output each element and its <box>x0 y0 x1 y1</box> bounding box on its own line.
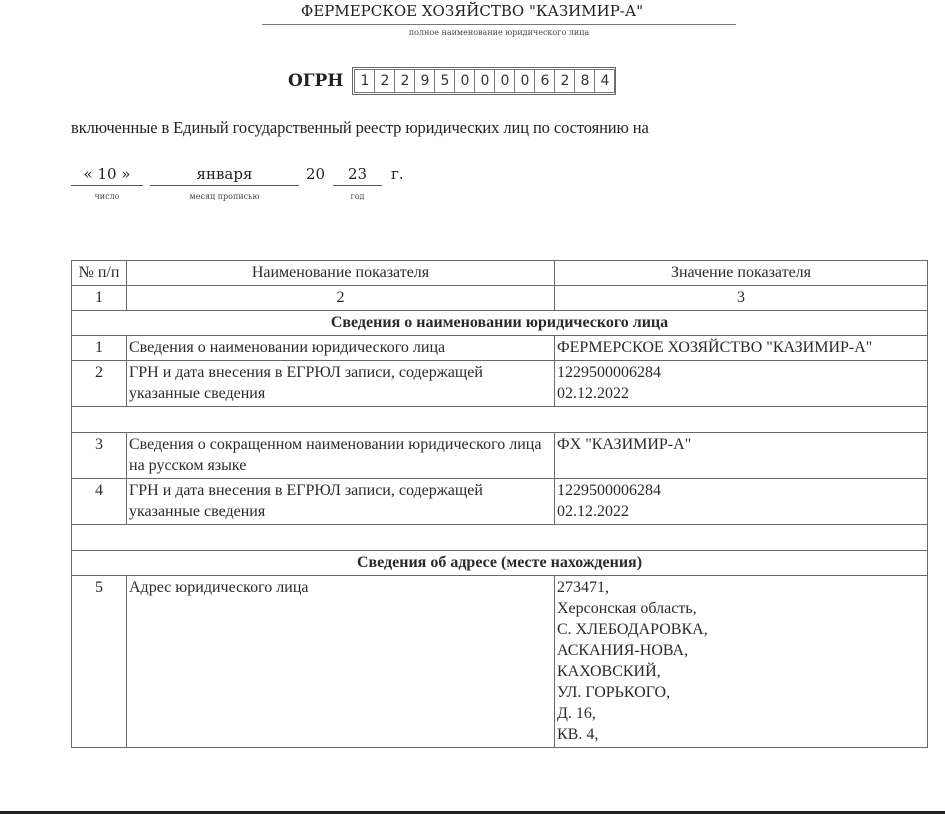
column-number-row: 1 2 3 <box>72 286 928 311</box>
ogrn-digit-box: 1 <box>354 69 375 93</box>
column-number: 3 <box>555 286 928 311</box>
table-row: 4ГРН и дата внесения в ЕГРЮЛ записи, сод… <box>72 479 928 525</box>
value-line: 1229500006284 <box>557 480 925 501</box>
header-num: № п/п <box>72 261 127 286</box>
value-line: 02.12.2022 <box>557 383 925 404</box>
ogrn-digit-box: 6 <box>534 69 555 93</box>
section-header-row: Сведения об адресе (месте нахождения) <box>72 551 928 576</box>
row-number: 2 <box>72 361 127 407</box>
ogrn-digit-box: 0 <box>514 69 535 93</box>
indicator-name: Сведения о наименовании юридического лиц… <box>127 336 555 361</box>
indicator-value: 273471,Херсонская область,С. ХЛЕБОДАРОВК… <box>555 576 928 748</box>
value-line: Херсонская область, <box>557 598 925 619</box>
ogrn-digit-box: 2 <box>374 69 395 93</box>
value-line: КВ. 4, <box>557 724 925 745</box>
value-line: АСКАНИЯ-НОВА, <box>557 640 925 661</box>
value-line: С. ХЛЕБОДАРОВКА, <box>557 619 925 640</box>
org-name-caption: полное наименование юридического лица <box>260 27 738 39</box>
ogrn-block: ОГРН 1229500006284 <box>288 67 616 95</box>
ogrn-digit-box: 0 <box>494 69 515 93</box>
indicator-name: ГРН и дата внесения в ЕГРЮЛ записи, соде… <box>127 361 555 407</box>
column-number: 1 <box>72 286 127 311</box>
table-row: 1Сведения о наименовании юридического ли… <box>72 336 928 361</box>
value-line: 1229500006284 <box>557 362 925 383</box>
table-row: 5Адрес юридического лица273471,Херсонска… <box>72 576 928 748</box>
value-line: ФЕРМЕРСКОЕ ХОЗЯЙСТВО "КАЗИМИР-А" <box>557 337 925 358</box>
ogrn-digit-box: 2 <box>554 69 575 93</box>
row-number: 3 <box>72 433 127 479</box>
org-full-name: ФЕРМЕРСКОЕ ХОЗЯЙСТВО "КАЗИМИР-А" <box>0 1 945 21</box>
value-line: УЛ. ГОРЬКОГО, <box>557 682 925 703</box>
value-line: Д. 16, <box>557 703 925 724</box>
value-line: ФХ "КАЗИМИР-А" <box>557 434 925 455</box>
extract-table: № п/п Наименование показателя Значение п… <box>71 260 928 748</box>
table-spacer-row <box>72 407 928 433</box>
date-year-field: 23 год <box>333 164 382 202</box>
ogrn-digit-box: 4 <box>594 69 615 93</box>
table-spacer-row <box>72 525 928 551</box>
ogrn-digit-box: 8 <box>574 69 595 93</box>
org-name-underline <box>262 24 736 25</box>
ogrn-digit-boxes: 1229500006284 <box>352 67 616 95</box>
date-year: 23 <box>333 164 382 186</box>
indicator-value: ФЕРМЕРСКОЕ ХОЗЯЙСТВО "КАЗИМИР-А" <box>555 336 928 361</box>
date-year-caption: год <box>333 191 382 202</box>
section-header-row: Сведения о наименовании юридического лиц… <box>72 311 928 336</box>
value-line: 02.12.2022 <box>557 501 925 522</box>
spacer-cell <box>72 525 928 551</box>
ogrn-digit-box: 0 <box>474 69 495 93</box>
date-day-caption: число <box>71 191 143 202</box>
indicator-value: 122950000628402.12.2022 <box>555 361 928 407</box>
ogrn-label: ОГРН <box>288 67 343 95</box>
table-header-row: № п/п Наименование показателя Значение п… <box>72 261 928 286</box>
ogrn-digit-box: 9 <box>414 69 435 93</box>
ogrn-digit-box: 0 <box>454 69 475 93</box>
date-century: 20 <box>306 164 325 184</box>
date-day: « 10 » <box>71 164 143 186</box>
intro-text: включенные в Единый государственный реес… <box>71 118 649 138</box>
section-title: Сведения о наименовании юридического лиц… <box>72 311 928 336</box>
section-title: Сведения об адресе (месте нахождения) <box>72 551 928 576</box>
indicator-value: ФХ "КАЗИМИР-А" <box>555 433 928 479</box>
row-number: 1 <box>72 336 127 361</box>
date-month: января <box>150 164 299 186</box>
table-row: 2ГРН и дата внесения в ЕГРЮЛ записи, сод… <box>72 361 928 407</box>
indicator-name: Сведения о сокращенном наименовании юрид… <box>127 433 555 479</box>
row-number: 4 <box>72 479 127 525</box>
spacer-cell <box>72 407 928 433</box>
indicator-name: ГРН и дата внесения в ЕГРЮЛ записи, соде… <box>127 479 555 525</box>
egrul-extract-page: ФЕРМЕРСКОЕ ХОЗЯЙСТВО "КАЗИМИР-А" полное … <box>0 0 945 814</box>
date-month-caption: месяц прописью <box>150 191 299 202</box>
indicator-name: Адрес юридического лица <box>127 576 555 748</box>
row-number: 5 <box>72 576 127 748</box>
column-number: 2 <box>127 286 555 311</box>
indicator-value: 122950000628402.12.2022 <box>555 479 928 525</box>
date-month-field: января месяц прописью <box>150 164 299 202</box>
value-line: 273471, <box>557 577 925 598</box>
value-line: КАХОВСКИЙ, <box>557 661 925 682</box>
ogrn-digit-box: 5 <box>434 69 455 93</box>
ogrn-digit-box: 2 <box>394 69 415 93</box>
header-name: Наименование показателя <box>127 261 555 286</box>
header-value: Значение показателя <box>555 261 928 286</box>
date-day-field: « 10 » число <box>71 164 143 202</box>
table-row: 3Сведения о сокращенном наименовании юри… <box>72 433 928 479</box>
date-suffix: г. <box>391 164 404 184</box>
